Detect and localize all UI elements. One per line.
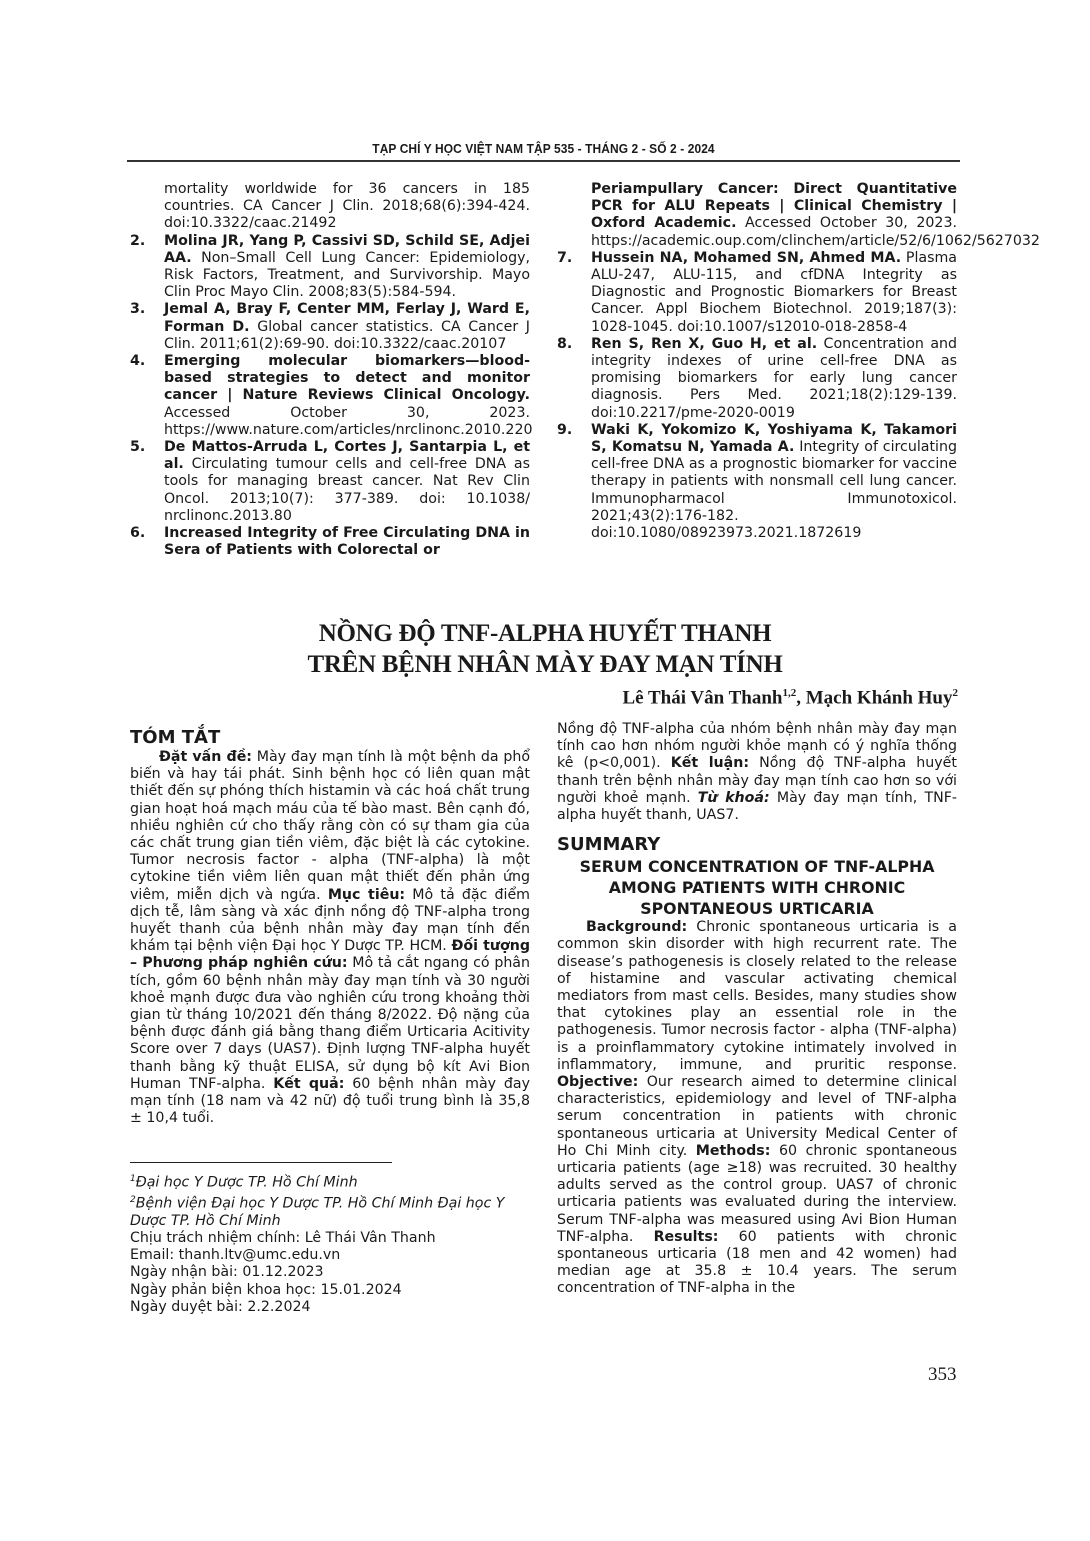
abstract-vi-heading: TÓM TẮT (130, 727, 530, 749)
footnote-rule (130, 1162, 392, 1163)
reference-item: 3.Jemal A, Bray F, Center MM, Ferlay J, … (130, 301, 530, 353)
summary-body: Background: Chronic spontaneous urticari… (557, 919, 957, 1297)
article-authors: Lê Thái Vân Thanh1,2, Mạch Khánh Huy2 (622, 687, 958, 709)
date-received: Ngày nhận bài: 01.12.2023 (130, 1264, 540, 1281)
reference-item: 7.Hussein NA, Mohamed SN, Ahmed MA. Plas… (557, 250, 957, 336)
affiliation-1: 1Đại học Y Dược TP. Hồ Chí Minh (130, 1171, 540, 1192)
reference-item: 6.Increased Integrity of Free Circulatin… (130, 525, 530, 559)
date-accepted: Ngày duyệt bài: 2.2.2024 (130, 1299, 540, 1316)
corresponding-author: Chịu trách nhiệm chính: Lê Thái Vân Than… (130, 1230, 540, 1247)
affiliation-2: 2Bệnh viện Đại học Y Dược TP. Hồ Chí Min… (130, 1192, 540, 1230)
article-title: NỒNG ĐỘ TNF-ALPHA HUYẾT THANH TRÊN BỆNH … (105, 618, 985, 680)
references-right-column: Periampullary Cancer: Direct Quantitativ… (557, 181, 957, 542)
reference-item: 4.Emerging molecular biomarkers—blood-ba… (130, 353, 530, 439)
footnotes: 1Đại học Y Dược TP. Hồ Chí Minh 2Bệnh vi… (130, 1162, 540, 1316)
abstract-vi-body: Đặt vấn đề: Mày đay mạn tính là một bệnh… (130, 749, 530, 1127)
abstract-vi-continuation: Nồng độ TNF-alpha của nhóm bệnh nhân mày… (557, 721, 957, 824)
abstract-right-column: Nồng độ TNF-alpha của nhóm bệnh nhân mày… (557, 721, 957, 1298)
reference-item: 2.Molina JR, Yang P, Cassivi SD, Schild … (130, 233, 530, 302)
reference-item: 5.De Mattos-Arruda L, Cortes J, Santarpi… (130, 439, 530, 525)
summary-heading: SUMMARY (557, 834, 957, 856)
header-rule (127, 160, 960, 162)
reference-item: Periampullary Cancer: Direct Quantitativ… (557, 181, 957, 250)
date-reviewed: Ngày phản biện khoa học: 15.01.2024 (130, 1282, 540, 1299)
abstract-vi-column: TÓM TẮT Đặt vấn đề: Mày đay mạn tính là … (130, 727, 530, 1127)
reference-item: 9.Waki K, Yokomizo K, Yoshiyama K, Takam… (557, 422, 957, 542)
email[interactable]: Email: thanh.ltv@umc.edu.vn (130, 1247, 540, 1264)
references-left-column: mortality worldwide for 36 cancers in 18… (130, 181, 530, 559)
summary-title: SERUM CONCENTRATION OF TNF-ALPHA AMONG P… (557, 856, 957, 919)
page-number: 353 (928, 1364, 957, 1386)
journal-running-header: TẠP CHÍ Y HỌC VIỆT NAM TẬP 535 - THÁNG 2… (160, 141, 926, 156)
reference-item: mortality worldwide for 36 cancers in 18… (130, 181, 530, 233)
reference-item: 8.Ren S, Ren X, Guo H, et al. Concentrat… (557, 336, 957, 422)
